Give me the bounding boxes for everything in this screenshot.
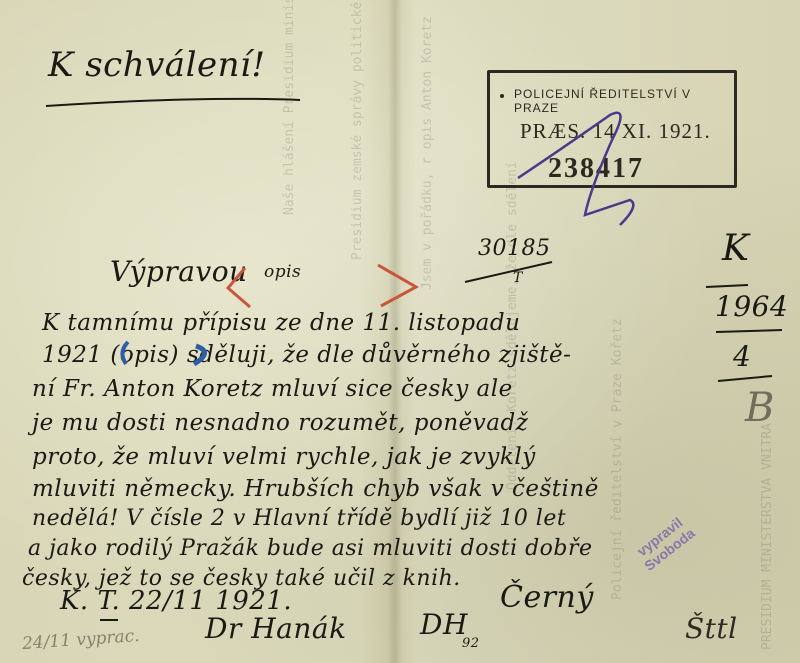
underline-icon — [46, 99, 300, 106]
red-bracket-right-icon — [378, 265, 416, 306]
purple-scribble-icon — [518, 113, 633, 225]
ink-strokes — [0, 0, 800, 663]
blue-bracket-left-icon — [122, 342, 128, 364]
blue-bracket-right-icon — [194, 346, 205, 364]
red-bracket-left-icon — [228, 268, 250, 307]
